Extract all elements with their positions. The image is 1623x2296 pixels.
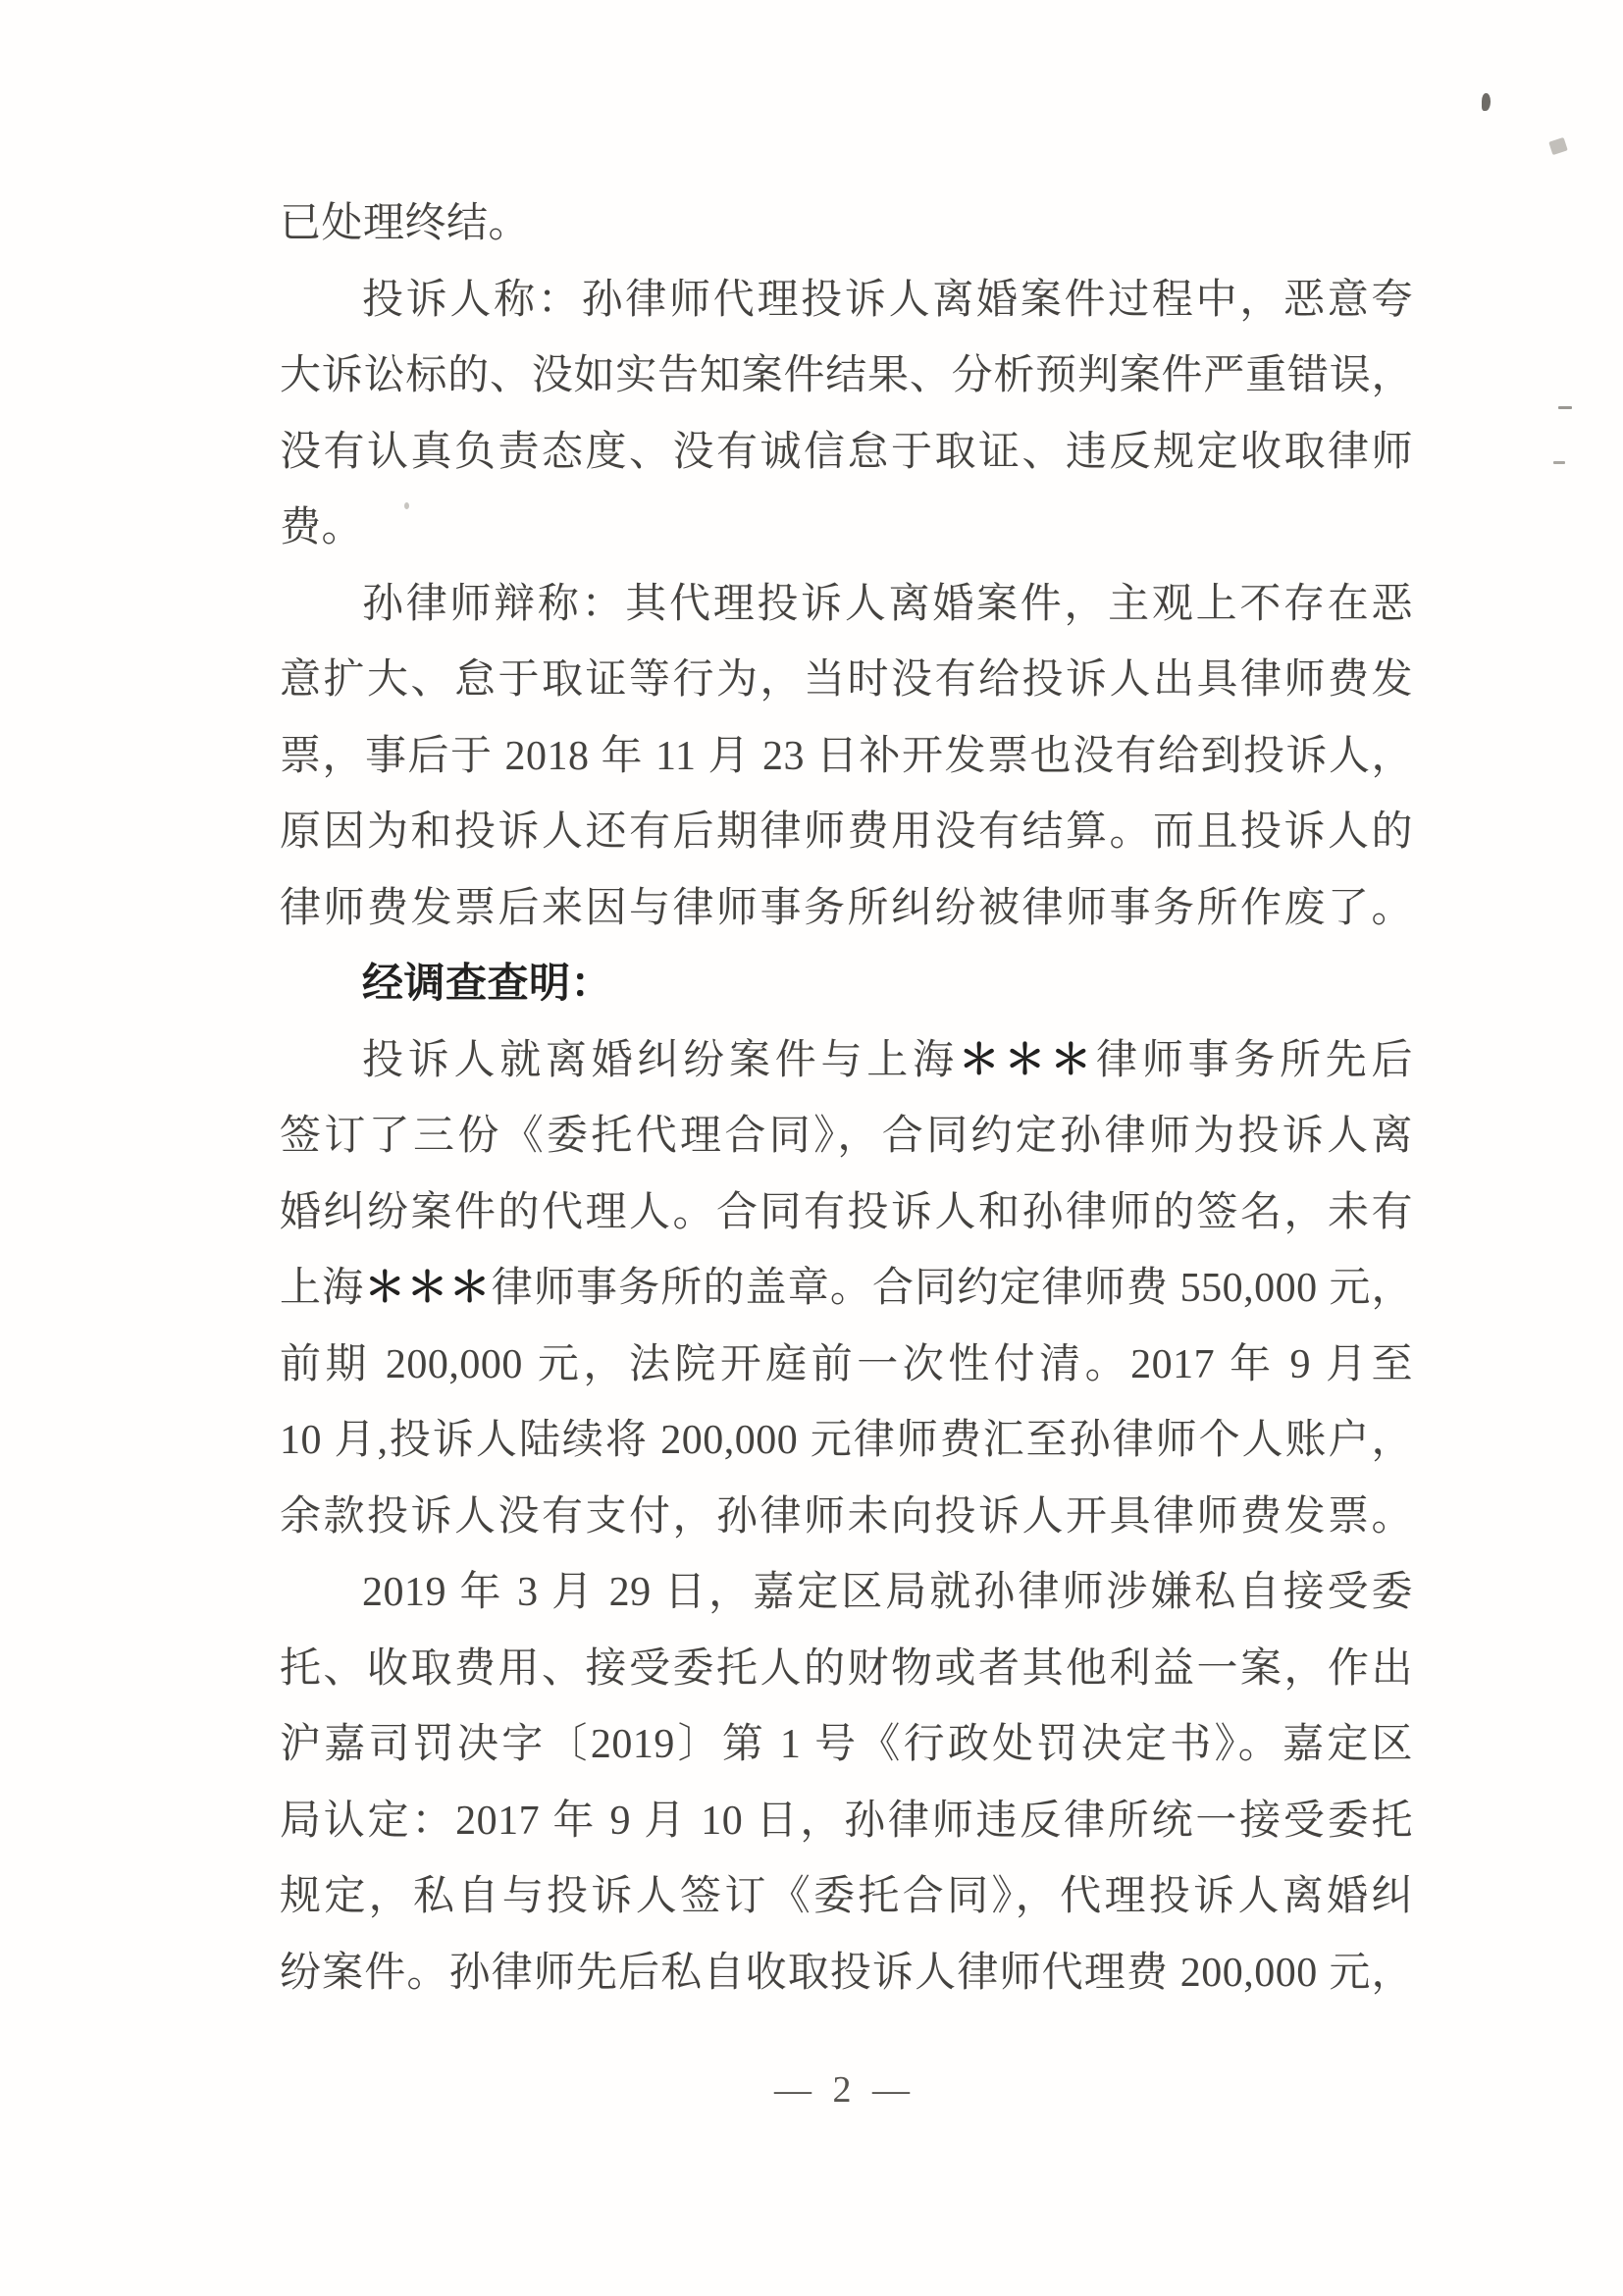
text-line: 经调查查明： <box>280 947 1413 1023</box>
scanned-document-page: 已处理终结。投诉人称：孙律师代理投诉人离婚案件过程中，恶意夸大诉讼标的、没如实告… <box>0 0 1623 2296</box>
text-line: 2019 年 3 月 29 日，嘉定区局就孙律师涉嫌私自接受委 <box>280 1555 1413 1632</box>
text-line: 大诉讼标的、没如实告知案件结果、分析预判案件严重错误， <box>280 339 1413 415</box>
text-line: 规定，私自与投诉人签订《委托合同》，代理投诉人离婚纠 <box>280 1859 1413 1936</box>
text-line: 10 月,投诉人陆续将 200,000 元律师费汇至孙律师个人账户， <box>280 1403 1413 1480</box>
text-line: 前期 200,000 元，法院开庭前一次性付清。2017 年 9 月至 <box>280 1328 1413 1404</box>
scan-artifact <box>1558 406 1572 409</box>
text-line: 签订了三份《委托代理合同》，合同约定孙律师为投诉人离 <box>280 1099 1413 1175</box>
page-footer: — 2 — <box>0 2068 1623 2112</box>
text-line: 投诉人就离婚纠纷案件与上海＊＊＊律师事务所先后 <box>280 1023 1413 1100</box>
text-line: 原因为和投诉人还有后期律师费用没有结算。而且投诉人的 <box>280 795 1413 871</box>
scan-artifact <box>1548 137 1568 155</box>
text-line: 意扩大、怠于取证等行为，当时没有给投诉人出具律师费发 <box>280 643 1413 719</box>
document-text: 已处理终结。投诉人称：孙律师代理投诉人离婚案件过程中，恶意夸大诉讼标的、没如实告… <box>280 186 1413 2011</box>
text-line: 没有认真负责态度、没有诚信怠于取证、违反规定收取律师 <box>280 415 1413 492</box>
text-line: 上海＊＊＊律师事务所的盖章。合同约定律师费 550,000 元， <box>280 1251 1413 1328</box>
text-line: 律师费发票后来因与律师事务所纠纷被律师事务所作废了。 <box>280 871 1413 948</box>
text-line: 婚纠纷案件的代理人。合同有投诉人和孙律师的签名，未有 <box>280 1175 1413 1252</box>
scan-artifact <box>1553 461 1565 464</box>
text-line: 托、收取费用、接受委托人的财物或者其他利益一案，作出 <box>280 1632 1413 1708</box>
text-line: 余款投诉人没有支付，孙律师未向投诉人开具律师费发票。 <box>280 1480 1413 1556</box>
text-line: 票，事后于 2018 年 11 月 23 日补开发票也没有给到投诉人， <box>280 719 1413 796</box>
text-line: 局认定：2017 年 9 月 10 日，孙律师违反律所统一接受委托 <box>280 1784 1413 1860</box>
text-line: 纷案件。孙律师先后私自收取投诉人律师代理费 200,000 元， <box>280 1936 1413 2012</box>
text-line: 费。 <box>280 491 1413 567</box>
text-line: 孙律师辩称：其代理投诉人离婚案件，主观上不存在恶 <box>280 567 1413 644</box>
text-line: 已处理终结。 <box>280 186 1413 263</box>
scan-artifact <box>1482 93 1491 111</box>
text-line: 投诉人称：孙律师代理投诉人离婚案件过程中，恶意夸 <box>280 263 1413 339</box>
text-line: 沪嘉司罚决字〔2019〕第 1 号《行政处罚决定书》。嘉定区 <box>280 1707 1413 1784</box>
page-number: — 2 — <box>774 2069 916 2111</box>
